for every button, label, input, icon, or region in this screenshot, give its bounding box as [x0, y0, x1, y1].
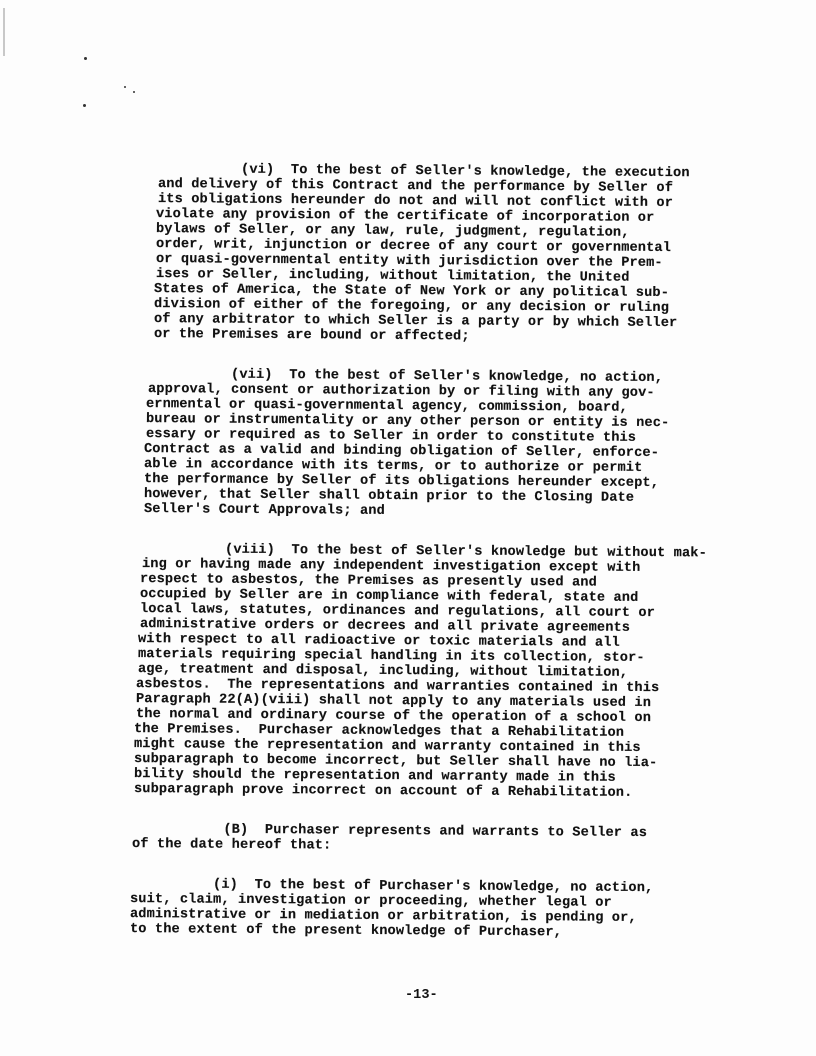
- text-line: subparagraph prove incorrect on account …: [134, 783, 633, 801]
- document-page: (vi) To the best of Seller's knowledge, …: [0, 0, 816, 1056]
- scan-speck: [83, 104, 86, 107]
- scan-speck: [133, 91, 135, 93]
- text-line: or the Premises are bound or affected;: [154, 328, 470, 344]
- scan-speck: [84, 57, 87, 60]
- page-number: -13-: [405, 988, 438, 1003]
- text-line: to the extent of the present knowledge o…: [130, 923, 562, 940]
- scan-speck: [124, 86, 126, 88]
- scan-edge-mark: [3, 8, 5, 56]
- text-line: Seller's Court Approvals; and: [144, 503, 385, 519]
- text-line: of the date hereof that:: [132, 838, 331, 854]
